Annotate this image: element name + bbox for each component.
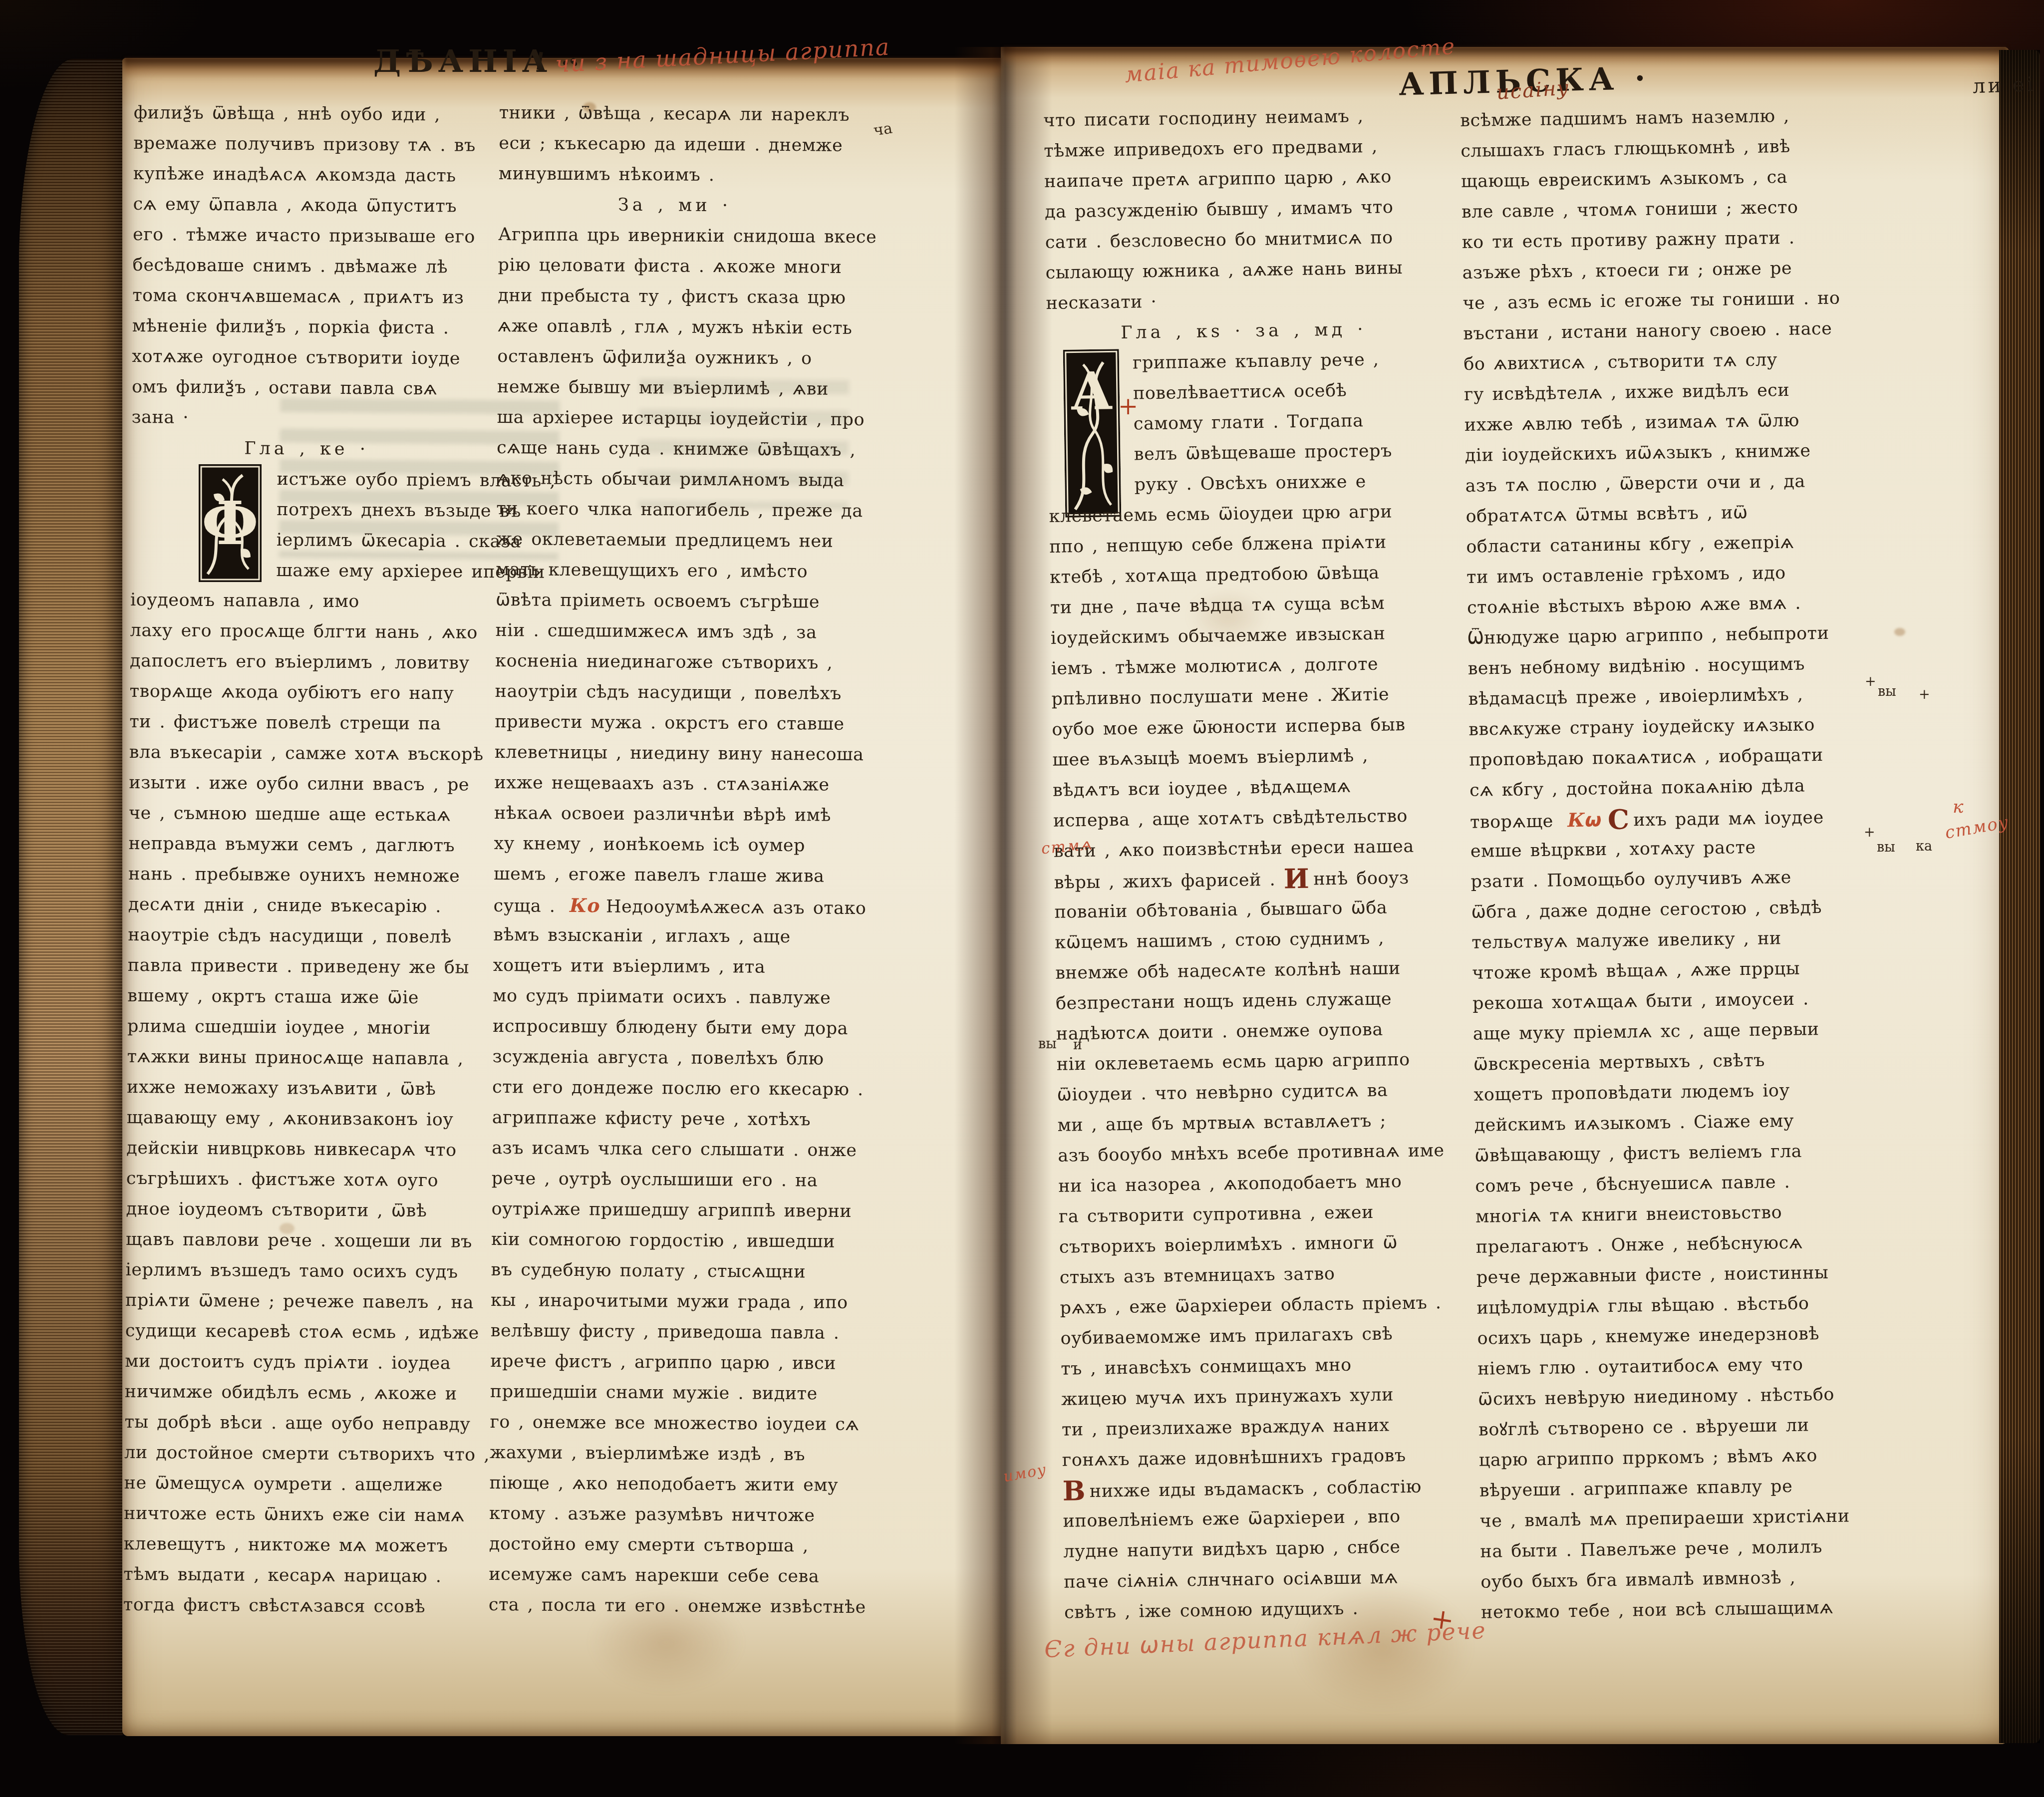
text-line: рече державныи фисте , ноистинны xyxy=(1476,1257,1876,1293)
text-line: велѣвшу фисту , приведоша павла . xyxy=(491,1316,843,1349)
text-line: жицею мучѧ ихъ принужахъ хули xyxy=(1061,1379,1456,1415)
text-line: съгрѣшихъ . фистъже хотѧ оуго xyxy=(126,1164,477,1197)
text-line: вле савле , чтомѧ гониши ; жесто xyxy=(1461,192,1861,228)
inline-initial: С xyxy=(1608,803,1634,836)
text-line: ти коего члка напогибель , преже да xyxy=(496,494,849,527)
text-line: ти , преизлихаже враждуѧ наних xyxy=(1062,1410,1457,1446)
text-line: сомъ рече , бѣснуешисѧ павле . xyxy=(1475,1166,1875,1202)
text-line: іерлимъ възшедъ тамо осихъ судъ xyxy=(125,1255,476,1288)
text-line: наоутріи сѣдъ насудищи , повелѣхъ xyxy=(495,676,847,709)
text-line: ми достоитъ судъ пріѧти . іоудеа xyxy=(125,1346,475,1379)
text-run: За , ми · xyxy=(618,195,731,216)
text-line: купѣже инадѣѧсѧ ѧкомзда дасть xyxy=(133,159,484,192)
text-line: чтоже кромѣ вѣщаѧ , ѧже пррцы xyxy=(1472,953,1872,989)
text-line: Ѿнюдуже царю агриппо , небыпроти xyxy=(1467,618,1867,654)
text-line: шемъ , егоже павелъ глаше жива xyxy=(494,859,846,892)
text-line: бесѣдоваше снимъ . двѣмаже лѣ xyxy=(132,250,483,283)
inline-initial: И xyxy=(1283,863,1313,895)
text-line: вѣры , жихъ фарисей . Иннѣ бооуз xyxy=(1054,862,1449,898)
text-line: щавающу ему , ѧконивзаконъ іоу xyxy=(127,1103,477,1136)
text-line: пованіи обѣтованіа , бывшаго ѿба xyxy=(1054,892,1449,928)
text-line: хощетъ проповѣдати людемъ іоу xyxy=(1473,1075,1873,1111)
text-line: павла привести . приведену же бы xyxy=(128,950,478,983)
text-run: іерлимъ ѿкесаріа . сказа xyxy=(277,530,521,552)
text-line: ніи оклеветаемь есмь царю агриппо xyxy=(1056,1044,1451,1080)
text-line: ихже неможаху изъѧвити , ѿвѣ xyxy=(127,1072,477,1105)
text-line: же оклеветаемыи предлицемъ неи xyxy=(496,524,849,557)
text-line: дное іоудеомъ сътворити , ѿвѣ xyxy=(126,1194,476,1227)
text-line: повелѣваеттисѧ осебѣ xyxy=(1047,374,1442,410)
text-line: ввсѧкуже страну іоудейску иѧзыко xyxy=(1468,709,1868,745)
text-line: хощетъ ити въіерлимъ , ита xyxy=(493,950,846,983)
text-line: шее въѧзыцѣ моемъ въіерлимѣ , xyxy=(1052,740,1447,776)
text-line: еси ; къкесарю да идеши . днемже xyxy=(499,128,851,161)
text-line: оубо быхъ бга ивмалѣ ивмнозѣ , xyxy=(1480,1562,1880,1598)
text-line: лудне напути видѣхъ царю , снбсе xyxy=(1063,1531,1458,1567)
text-line: ты добрѣ вѣси . аще оубо неправду xyxy=(124,1407,475,1440)
text-line: іоудеомъ напавла , имо xyxy=(130,585,481,618)
text-line: иповелѣніемъ еже ѿархіереи , впо xyxy=(1063,1501,1458,1537)
text-line: лаху его просѧще блгти нань , ѧко xyxy=(130,615,480,648)
text-line: тогда фистъ свѣстѧзався ссовѣ xyxy=(123,1590,474,1623)
text-line: нѣкаѧ освоеи различнѣи вѣрѣ имѣ xyxy=(494,798,847,831)
text-line: ѿвѣта пріиметь освоемъ съгрѣше xyxy=(496,585,848,618)
text-line: ніемъ глю . оутаитибосѧ ему что xyxy=(1477,1349,1877,1385)
text-run: повелѣваеттисѧ осебѣ xyxy=(1133,381,1347,404)
text-line: іоудейскимъ обычаемже ивзыскан xyxy=(1050,618,1445,654)
text-run: самому глати . Тогдапа xyxy=(1134,411,1364,434)
text-line: ѿвскресеніа мертвыхъ , свѣтъ xyxy=(1473,1044,1873,1080)
margin-note-black: ча xyxy=(873,120,893,140)
text-line: бо ѧвихтисѧ , сътворити тѧ слу xyxy=(1463,344,1863,380)
text-line: тники , ѿвѣща , кесарѧ ли нареклъ xyxy=(499,98,852,131)
text-line: исемуже самъ нарекши себе сева xyxy=(489,1559,841,1592)
text-line: что писати господину неимамъ , xyxy=(1043,100,1438,136)
text-line: немже бывшу ми въіерлимѣ , ѧви xyxy=(497,372,850,405)
text-line: че , вмалѣ мѧ препираеши христіѧни xyxy=(1479,1501,1879,1537)
text-line: мѣненіе филиѯъ , поркіа фиста . xyxy=(132,311,483,344)
text-line: вла въкесаріи , самже хотѧ въскорѣ xyxy=(129,737,480,770)
text-line: сылающу южника , аѧже нань вины xyxy=(1045,253,1440,289)
text-line: въ судебную полату , стысѧщни xyxy=(491,1255,843,1288)
text-line: рзати . Помощьбо оулучивъ ѧже xyxy=(1470,862,1870,898)
margin-cross: + xyxy=(1919,687,1930,702)
text-line: мо судъ пріимати осихъ . павлуже xyxy=(493,981,845,1014)
text-run: гриппаже къпавлу рече , xyxy=(1133,350,1379,373)
text-line: венъ небному видѣнію . носущимъ xyxy=(1467,648,1867,684)
text-line: Агриппа црь иверникіи снидоша вкесе xyxy=(498,220,851,253)
gutter-note-black: вы xyxy=(1038,1036,1057,1052)
text-line: іемъ . тѣмже молютисѧ , долготе xyxy=(1051,648,1446,684)
text-line: ми , аще бъ мртвыѧ вставлѧетъ ; xyxy=(1057,1105,1452,1141)
text-run: потрехъ днехъ възыде въ xyxy=(277,500,521,521)
text-line: ли достойное смерти сътворихъ что , xyxy=(124,1438,475,1471)
text-run: вѣры , жихъ фарисей . xyxy=(1054,870,1284,893)
text-line: стыхъ азъ втемницахъ затво xyxy=(1059,1257,1454,1293)
text-line: ничимже обидѣлъ есмь , ѧкоже и xyxy=(125,1377,475,1410)
margin-note-black: вы xyxy=(1878,684,1896,699)
text-line: косненіа ниединагоже сътворихъ , xyxy=(495,646,848,679)
text-line: десѧти дніи , сниде въкесарію . xyxy=(128,890,479,922)
text-line: сѧще нань суда . книмже ѿвѣщахъ , xyxy=(497,433,849,466)
text-line: ніи . сшедшимжесѧ имъ здѣ , за xyxy=(495,615,848,648)
text-line: ста , посла ти его . онемже извѣстнѣе xyxy=(489,1590,841,1623)
text-line: паче сіѧніѧ слнчнаго осіѧвши мѧ xyxy=(1064,1562,1459,1598)
text-line: рекоша хотѧщаѧ быти , имоусеи . xyxy=(1472,983,1872,1019)
text-line: кѿцемъ нашимъ , стою суднимъ , xyxy=(1055,922,1450,958)
text-line: изыти . иже оубо силни ввасъ , ре xyxy=(129,768,479,801)
text-line: тома скончѧвшемасѧ , приѧтъ из xyxy=(132,281,483,313)
text-line: нань . пребывже оунихъ немноже xyxy=(128,859,479,892)
text-line: его . тѣмже ичасто призываше его xyxy=(133,220,483,253)
text-line: азъже рѣхъ , ктоеси ги ; онже ре xyxy=(1462,253,1862,289)
text-line: че , азъ есмь іс егоже ты гониши . но xyxy=(1462,283,1862,319)
text-line: дейскимъ иѧзыкомъ . Сіаже ему xyxy=(1474,1105,1874,1141)
text-line: го , онемже все множество іоудеи сѧ xyxy=(490,1407,842,1440)
text-run: нихже иды въдамаскъ , собластію xyxy=(1090,1477,1422,1501)
text-line: ти . фистъже повелѣ стрещи па xyxy=(129,707,480,740)
text-line: рлима сшедшіи іоудее , многіи xyxy=(127,1011,478,1044)
text-line: ти дне , паче вѣдца тѧ суща всѣм xyxy=(1050,588,1445,623)
text-run: Гла , ке · xyxy=(244,439,369,460)
fox-spot xyxy=(1894,628,1905,636)
text-line: Гла , ке · xyxy=(131,433,482,466)
text-line: шаже ему архіерее ипервіи xyxy=(130,555,481,588)
book-fore-edge-left xyxy=(19,59,123,1735)
text-line: ша архіерее истарцы іоудейстіи , про xyxy=(497,402,849,435)
text-run: суща . xyxy=(494,896,564,916)
text-line: ѧже опавлѣ , глѧ , мужъ нѣкіи есть xyxy=(498,311,850,344)
text-line: потрехъ днехъ възыде въ xyxy=(131,494,481,527)
text-line: щающь евреискимъ ѧзыкомъ , са xyxy=(1461,161,1861,197)
text-line: дни пребыста ту , фистъ сказа црю xyxy=(498,281,850,313)
text-line: вѣдамасцѣ преже , ивоіерлимѣхъ , xyxy=(1468,679,1868,715)
text-line: обратѧтсѧ ѿтмы всвѣтъ , иѿ xyxy=(1465,496,1865,532)
text-line: ирече фистъ , агриппо царю , ивси xyxy=(490,1346,843,1379)
text-line: сти его дондеже послю его ккесарю . xyxy=(492,1072,845,1105)
folio-number: ли еі xyxy=(1972,73,2036,98)
text-line: кіи сомногою гордостію , ившедши xyxy=(491,1224,844,1257)
text-line: творѧще ѧкода оубіютъ его напу xyxy=(129,676,480,709)
text-line: пріѧти ѿмене ; речеже павелъ , на xyxy=(125,1285,476,1318)
right-page-column-2: всѣмже падшимъ намъ наземлю ,слышахъ гла… xyxy=(1460,100,1881,1628)
text-line: осихъ царь , кнемуже инедерзновѣ xyxy=(1477,1318,1877,1354)
text-line: дейскіи нивцрковь нивкесарѧ что xyxy=(126,1133,477,1166)
text-line: гу исвѣдѣтелѧ , ихже видѣлъ еси xyxy=(1464,374,1864,410)
text-line: ѿсихъ невѣрую ниединому . нѣстьбо xyxy=(1478,1379,1878,1415)
text-line: времаже получивъ призову тѧ . въ xyxy=(133,128,484,161)
text-line: сѧ ему ѿпавла , ѧкода ѿпуститъ xyxy=(133,189,483,222)
text-line: рію целовати фиста . ѧкоже многи xyxy=(498,250,850,283)
text-line: исперва , аще хотѧтъ свѣдѣтельство xyxy=(1053,801,1448,837)
text-line: области сатанины кбгу , ежепріѧ xyxy=(1466,527,1866,563)
book-fore-edge-right xyxy=(1999,50,2040,1743)
text-line: вшему , окртъ сташа иже ѿіе xyxy=(127,981,478,1014)
text-line: испросившу блюдену быти ему дора xyxy=(493,1011,845,1044)
text-line: царю агриппо прркомъ ; вѣмъ ѧко xyxy=(1478,1440,1878,1476)
text-line: достойно ему смерти сътворша , xyxy=(489,1529,842,1562)
text-line: азъ исамъ члка сего слышати . онже xyxy=(492,1133,844,1166)
text-line: дапослетъ его въіерлимъ , ловитву xyxy=(130,646,480,679)
text-line: зана · xyxy=(131,402,482,435)
text-line: ппо , непщую себе блжена пріѧти xyxy=(1049,527,1444,563)
text-line: на быти . Павелъже рече , молилъ xyxy=(1480,1531,1880,1567)
text-line: воꙋглѣ сътворено се . вѣруеши ли xyxy=(1478,1410,1878,1446)
text-line: наоутріе сѣдъ насудищи , повелѣ xyxy=(128,920,478,953)
text-line: стоѧніе вѣстыхъ вѣрою ѧже вмѧ . xyxy=(1467,588,1867,623)
text-line: не ѿмещусѧ оумрети . ащелиже xyxy=(124,1468,474,1501)
text-line: че , съмною шедше аще естькаѧ xyxy=(129,798,479,831)
text-line: тѣмже иприведохъ его предвами , xyxy=(1044,131,1439,167)
text-run: ннѣ бооуз xyxy=(1313,868,1409,890)
book-gutter xyxy=(954,47,1052,1744)
text-line: проповѣдаю покаѧтисѧ , иобращати xyxy=(1469,740,1869,776)
margin-note-black: ка xyxy=(1916,839,1932,854)
text-line: истъже оубо пріемъ власть , xyxy=(131,463,481,496)
text-line: слышахъ гласъ глющькомнѣ , ивѣ xyxy=(1460,131,1860,167)
text-line: діи іоудейскихъ иѿѧзыкъ , книмже xyxy=(1464,435,1864,471)
text-line: ни іса назореа , ѧкоподобаетъ мно xyxy=(1058,1166,1453,1202)
text-line: тъ , инавсѣхъ сонмищахъ мно xyxy=(1061,1349,1456,1385)
text-line: агриппаже кфисту рече , хотѣхъ xyxy=(492,1103,845,1136)
text-line: мать клевещущихъ его , имѣсто xyxy=(496,555,848,588)
text-line: минувшимъ нѣкоимъ . xyxy=(499,159,851,192)
text-line: тѧжки вины приносѧще напавла , xyxy=(127,1042,477,1075)
text-line: рече , оутрѣ оуслышиши его . на xyxy=(492,1164,844,1197)
text-line: всѣмже падшимъ намъ наземлю , xyxy=(1460,100,1860,136)
text-line: гриппаже къпавлу рече , xyxy=(1047,344,1442,380)
left-page-column-1: филиѯъ ѿвѣща , ннѣ оубо иди ,времаже пол… xyxy=(123,98,484,1623)
text-line: свѣтъ , іже сомною идущихъ . xyxy=(1064,1592,1459,1628)
text-line: сати . безсловесно бо мнитмисѧ по xyxy=(1045,222,1440,258)
book-photo: ДѢАНІА · АПЛЬСКА · ли еі чи з на шадницы… xyxy=(0,0,2044,1797)
text-line: ѿбга , даже додне сегостою , свѣдѣ xyxy=(1471,892,1871,928)
text-line: рпѣливно послушати мене . Житіе xyxy=(1051,679,1446,715)
text-line: ѧко нѣсть обычаи римлѧномъ выда xyxy=(496,463,849,496)
text-line: нетокмо тебе , нои всѣ слышащимѧ xyxy=(1481,1592,1881,1628)
text-line: оставленъ ѿфилиѯа оужникъ , о xyxy=(497,341,850,374)
text-line: гонѧхъ даже идовнѣшнихъ градовъ xyxy=(1062,1440,1457,1476)
text-line: іерлимъ ѿкесаріа . сказа xyxy=(131,524,481,557)
text-line: вати , ѧко поизвѣстнѣи ереси нашеа xyxy=(1053,831,1448,867)
margin-note-black: вы xyxy=(1877,840,1895,855)
text-line: ѿіоудеи . что невѣрно судитсѧ ва xyxy=(1057,1075,1452,1111)
text-line: За , ми · xyxy=(498,189,851,222)
text-line: оубо мое еже ѿюности исперва быв xyxy=(1052,709,1447,745)
text-line: емше вѣцркви , хотѧху расте xyxy=(1470,831,1870,867)
text-run: Гла , кѕ · за , мд · xyxy=(1121,319,1367,343)
text-line: сътворихъ воіерлимѣхъ . имноги ѿ xyxy=(1059,1227,1454,1263)
text-line: хотѧже оугодное сътворити іоуде xyxy=(132,341,482,374)
text-line: клевещутъ , никтоже мѧ можетъ xyxy=(124,1529,474,1562)
text-line: въстани , истани наногу своею . насе xyxy=(1463,313,1863,349)
text-line: клеветницы , ниедину вину нанесоша xyxy=(495,737,847,770)
text-line: сѧ кбгу , достойна покаѧнію дѣла xyxy=(1469,770,1869,806)
text-line: несказати · xyxy=(1046,283,1441,319)
text-line: ху кнему , ионѣкоемь ісѣ оумер xyxy=(494,829,846,862)
text-line: самому глати . Тогдапа xyxy=(1048,405,1443,441)
text-line: судищи кесаревѣ стоѧ есмь , идѣже xyxy=(125,1316,476,1349)
left-page-column-2: тники , ѿвѣща , кесарѧ ли нареклъеси ; к… xyxy=(489,98,852,1623)
text-line: пришедшіи снами мужіе . видите xyxy=(490,1377,843,1410)
red-inline-mark: Кѡ xyxy=(1561,808,1608,831)
text-line: ѿвѣщавающу , фистъ веліемъ гла xyxy=(1474,1136,1874,1172)
text-run: ихъ ради мѧ іоудее xyxy=(1633,808,1824,830)
text-run: руку . Овсѣхъ онихже е xyxy=(1134,472,1366,495)
text-line: руку . Овсѣхъ онихже е xyxy=(1048,466,1443,502)
text-line: вѣдѧтъ вси іоудее , вѣдѧщемѧ xyxy=(1053,770,1448,806)
text-line: ицѣломудріѧ глы вѣщаю . вѣстьбо xyxy=(1476,1288,1876,1324)
text-line: га сътворити супротивна , ежеи xyxy=(1059,1197,1454,1232)
text-line: ихже ѧвлю тебѣ , изимаѧ тѧ ѿлю xyxy=(1464,405,1864,441)
running-title-left: ДѢАНІА · xyxy=(373,43,584,79)
text-line: щавъ павлови рече . хощеши ли въ xyxy=(126,1224,476,1257)
text-line: велъ ѿвѣщеваше простеръ xyxy=(1048,435,1443,471)
text-line: безпрестани нощъ идень служаще xyxy=(1056,983,1451,1019)
text-line: піюще , ѧко неподобаетъ жити ему xyxy=(489,1468,842,1501)
text-line: многіѧ тѧ книги внеистовьство xyxy=(1475,1197,1875,1232)
text-line: зсужденіа августа , повелѣхъ блю xyxy=(492,1042,845,1075)
text-line: прелагаютъ . Онже , небѣснуюсѧ xyxy=(1476,1227,1876,1263)
margin-note-red: к xyxy=(1953,797,1965,817)
text-line: оутріѧже пришедшу агриппѣ иверни xyxy=(491,1194,844,1227)
text-line: суща . КоНедооумѣѧжесѧ азъ отако xyxy=(494,890,846,922)
text-line: вѣмъ взысканіи , иглахъ , аще xyxy=(493,920,846,953)
right-page-column-1: что писати господину неимамъ ,тѣмже ипри… xyxy=(1043,100,1459,1628)
text-line: надѣютсѧ доити . онемже оупова xyxy=(1056,1014,1451,1050)
text-line: неправда въмужи семъ , даглютъ xyxy=(128,829,479,862)
text-line: творѧще КѡСихъ ради мѧ іоудее xyxy=(1470,801,1870,837)
text-run: Недооумѣѧжесѧ азъ отако xyxy=(606,897,867,919)
text-line: клеветаемь есмь ѿіоудеи црю агри xyxy=(1049,496,1444,532)
text-line: ктебѣ , хотѧща предтобою ѿвѣща xyxy=(1050,557,1445,593)
text-line: тѣмъ выдати , кесарѧ нарицаю . xyxy=(123,1559,474,1592)
text-run: творѧще xyxy=(1470,811,1562,833)
text-line: Внихже иды въдамаскъ , собластію xyxy=(1062,1471,1457,1506)
text-line: азъ тѧ послю , ѿверсти очи и , да xyxy=(1465,466,1865,502)
text-line: ничтоже есть ѿнихъ еже сіи намѧ xyxy=(124,1498,474,1531)
inline-initial: В xyxy=(1062,1475,1090,1507)
text-line: внемже обѣ надесѧте колѣнѣ наши xyxy=(1055,953,1450,989)
text-line: ти имъ оставленіе грѣхомъ , идо xyxy=(1466,557,1866,593)
text-line: Гла , кѕ · за , мд · xyxy=(1046,313,1441,349)
text-line: аще муку пріемлѧ хс , аще первыи xyxy=(1473,1014,1873,1050)
text-line: омъ филиѯъ , остави павла свѧ xyxy=(132,372,482,405)
text-line: ктому . азъже разумѣвъ ничтоже xyxy=(489,1498,842,1531)
text-line: вѣруеши . агриппаже кпавлу ре xyxy=(1479,1471,1879,1506)
text-line: ихже нещеваахъ азъ . стѧзаніѧже xyxy=(494,768,847,801)
text-line: жахуми , въіерлимѣже издѣ , въ xyxy=(490,1438,842,1471)
text-line: привести мужа . окрстъ его ставше xyxy=(495,707,847,740)
text-line: ко ти есть противу ражну прати . xyxy=(1461,222,1861,258)
text-line: наипаче претѧ агриппо царю , ѧко xyxy=(1044,161,1439,197)
text-line: тельствуѧ малуже ивелику , ни xyxy=(1471,922,1871,958)
red-inline-mark: Ко xyxy=(564,894,606,917)
text-run: велъ ѿвѣщеваше простеръ xyxy=(1134,441,1392,464)
text-line: оубиваемомже имъ прилагахъ свѣ xyxy=(1060,1318,1455,1354)
text-line: рѧхъ , еже ѿархіереи область пріемъ . xyxy=(1060,1288,1455,1324)
text-line: азъ бооубо мнѣхъ всебе противнаѧ име xyxy=(1058,1136,1453,1172)
text-line: филиѯъ ѿвѣща , ннѣ оубо иди , xyxy=(134,98,484,131)
text-line: кы , инарочитыми мужи града , ипо xyxy=(491,1285,843,1318)
text-line: да разсужденію бывшу , имамъ что xyxy=(1045,192,1440,228)
